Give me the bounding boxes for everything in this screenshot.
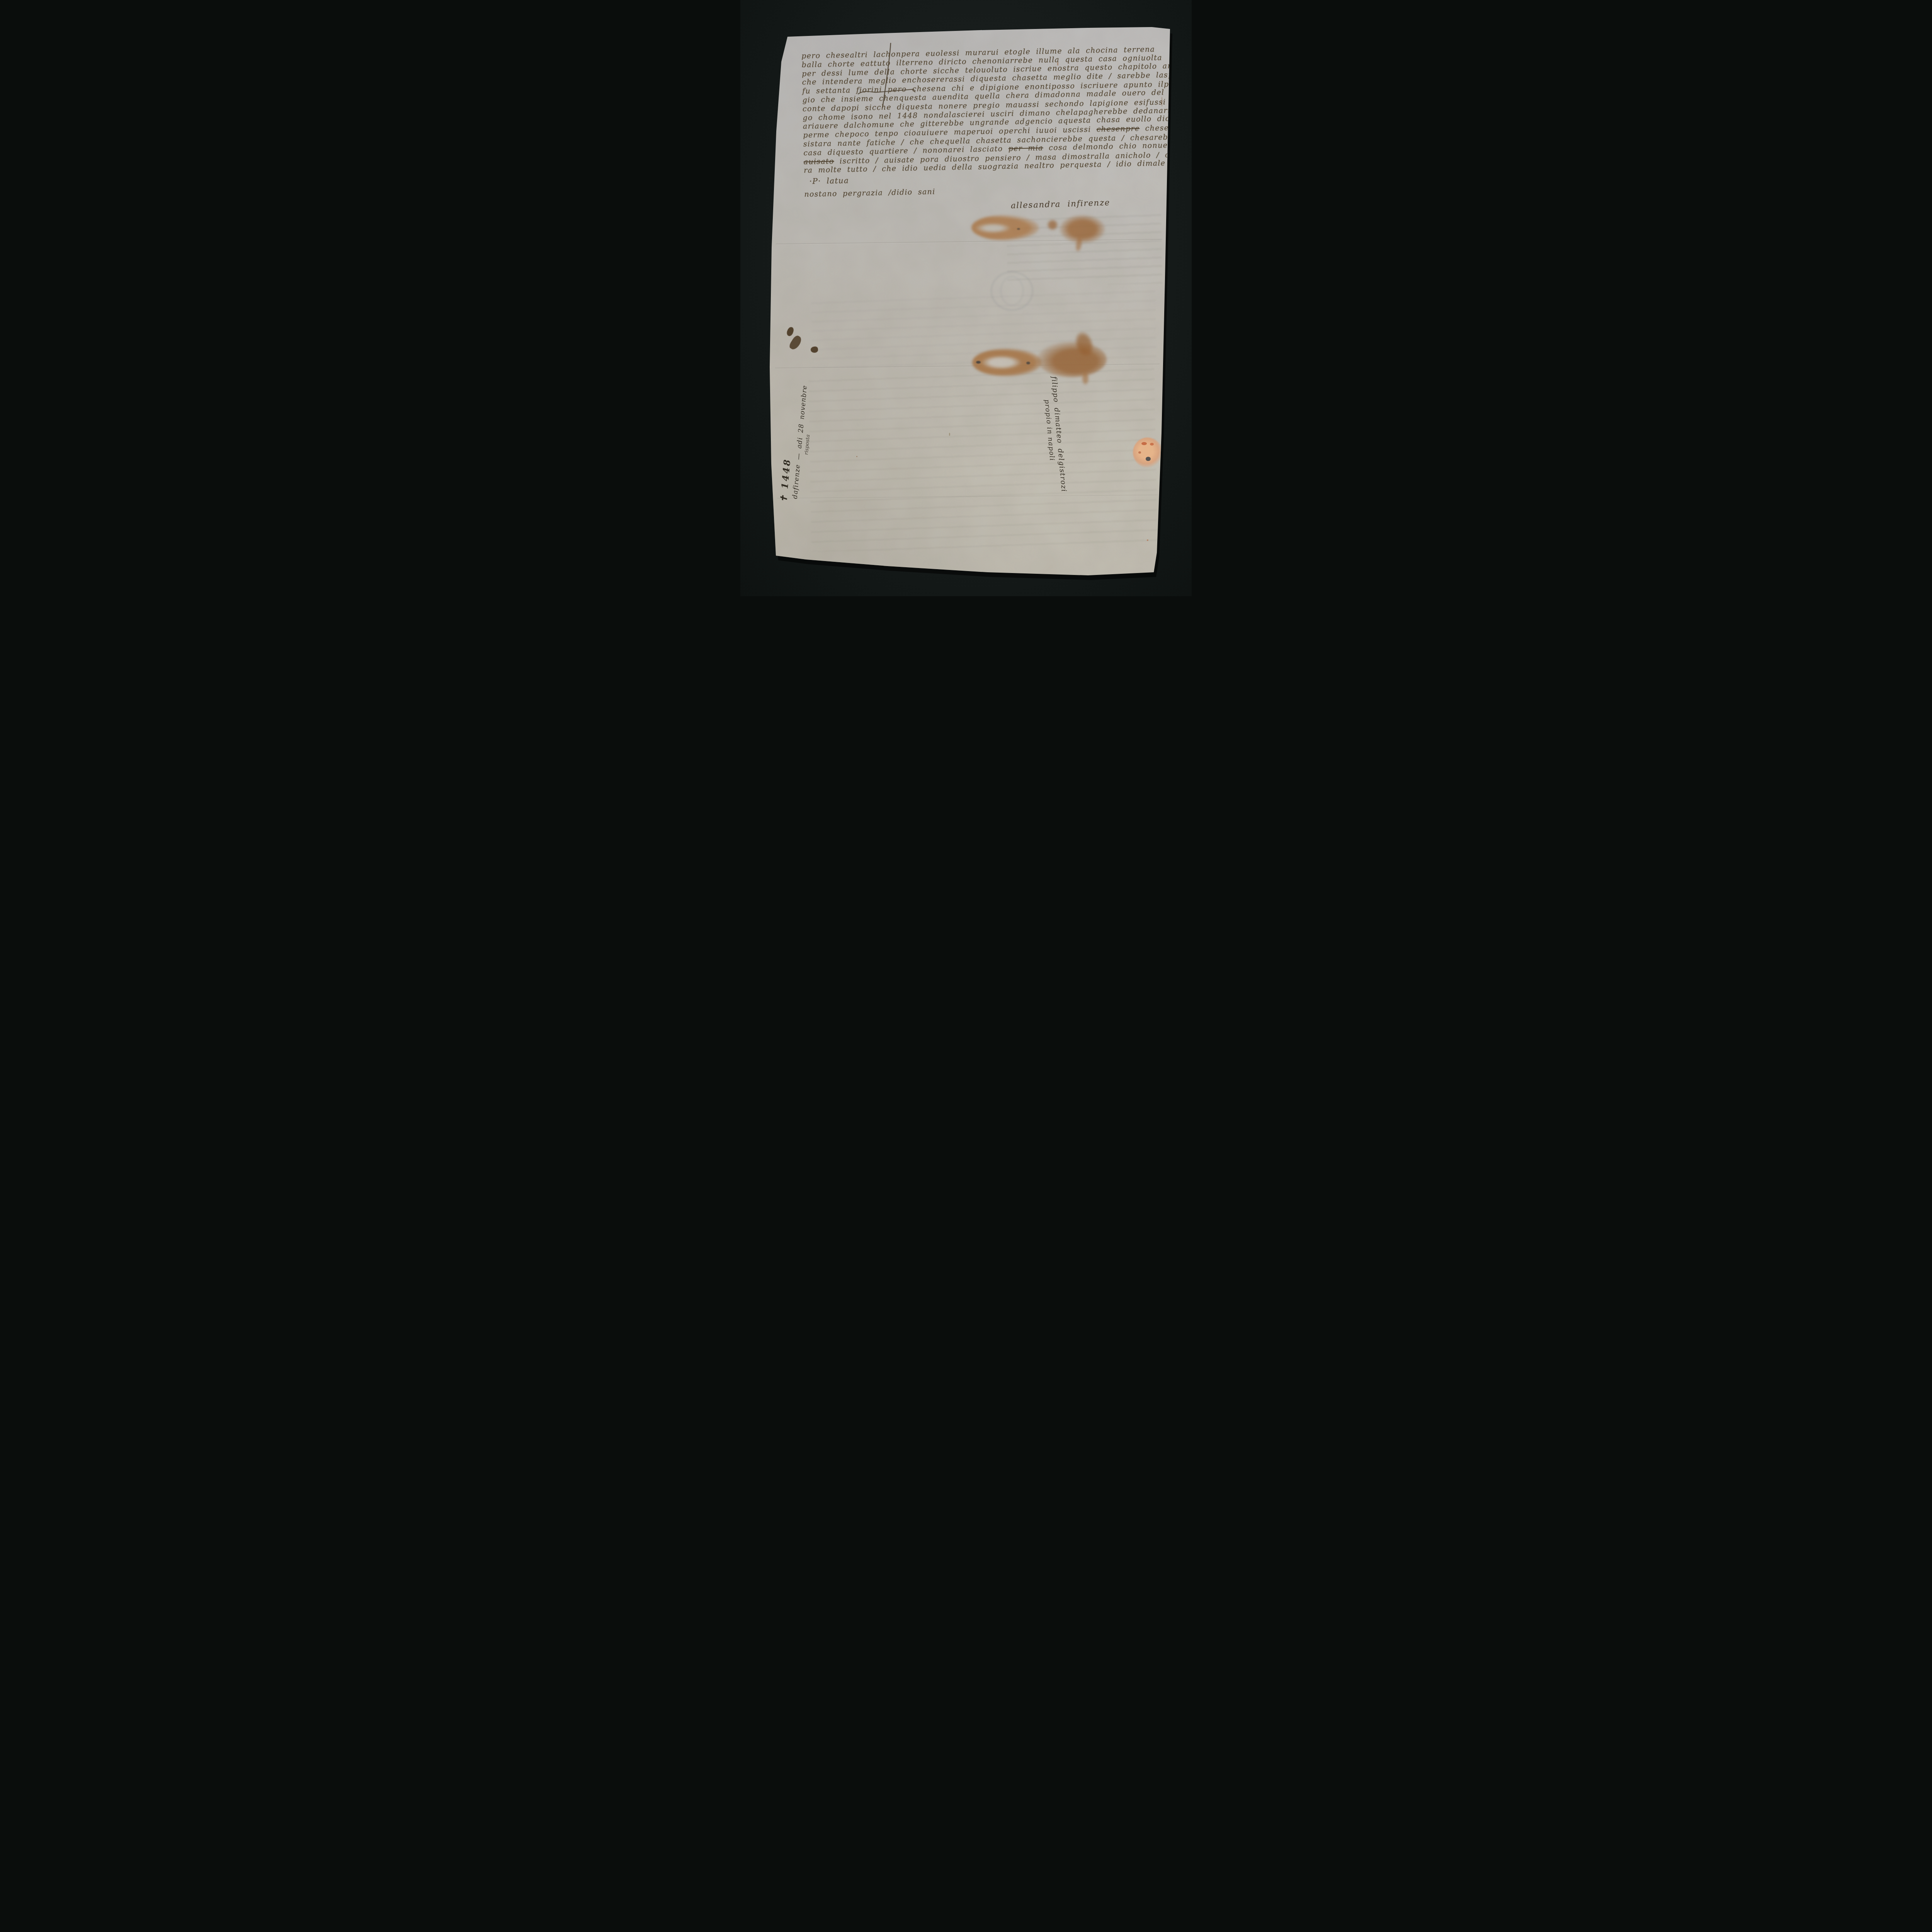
wax-fleck xyxy=(1138,451,1141,454)
postscript-line: nostano pergrazia /didio sani xyxy=(804,183,1167,199)
paper-sheet: pero chesealtri lachonpera euolessi mura… xyxy=(740,0,1192,596)
rust-stain xyxy=(1060,215,1105,243)
wax-fleck xyxy=(1150,443,1154,446)
address-block-rotated: filippo dimatteo delgistrozi propio in n… xyxy=(1036,376,1068,493)
paper-watermark-ring xyxy=(1000,276,1024,306)
ink-speck xyxy=(1026,362,1030,364)
struck-through-words: chesenpre xyxy=(1097,124,1140,134)
wax-fleck xyxy=(1146,457,1151,461)
rust-stain xyxy=(1047,219,1058,230)
rust-stain xyxy=(972,349,1042,376)
struck-through-words: per mia xyxy=(1008,144,1043,153)
rust-stain xyxy=(1037,342,1107,377)
paper-fiber xyxy=(1057,62,1058,66)
rust-stain xyxy=(971,215,1039,240)
rust-stain xyxy=(1082,372,1089,385)
wax-fleck xyxy=(1141,442,1147,445)
ink-blot xyxy=(810,346,818,353)
paper-watermark xyxy=(991,271,1033,311)
paper-fiber xyxy=(1147,539,1148,541)
struck-through-words: auisato xyxy=(804,157,834,166)
paper-fiber xyxy=(1162,97,1162,107)
fold-crease xyxy=(776,239,1162,245)
ink-speck xyxy=(1017,228,1020,230)
photograph-of-manuscript-letter: pero chesealtri lachonpera euolessi mura… xyxy=(740,0,1192,596)
signature: allesandra infirenze xyxy=(1011,198,1111,210)
wax-seal-residue xyxy=(1133,437,1162,468)
paper-fiber xyxy=(856,456,857,457)
filing-docket-rotated: ✝ 1448 dafirenze — adi 28 novenbre rispo… xyxy=(779,382,825,505)
ink-blot xyxy=(788,334,803,351)
ink-speck xyxy=(976,361,981,364)
verso-bleedthrough-lines xyxy=(808,368,1157,552)
fold-crease xyxy=(777,495,1158,500)
paper-fiber xyxy=(949,433,950,436)
letter-body-text: pero chesealtri lachonpera euolessi mura… xyxy=(801,44,1167,199)
ink-blot xyxy=(786,326,794,337)
